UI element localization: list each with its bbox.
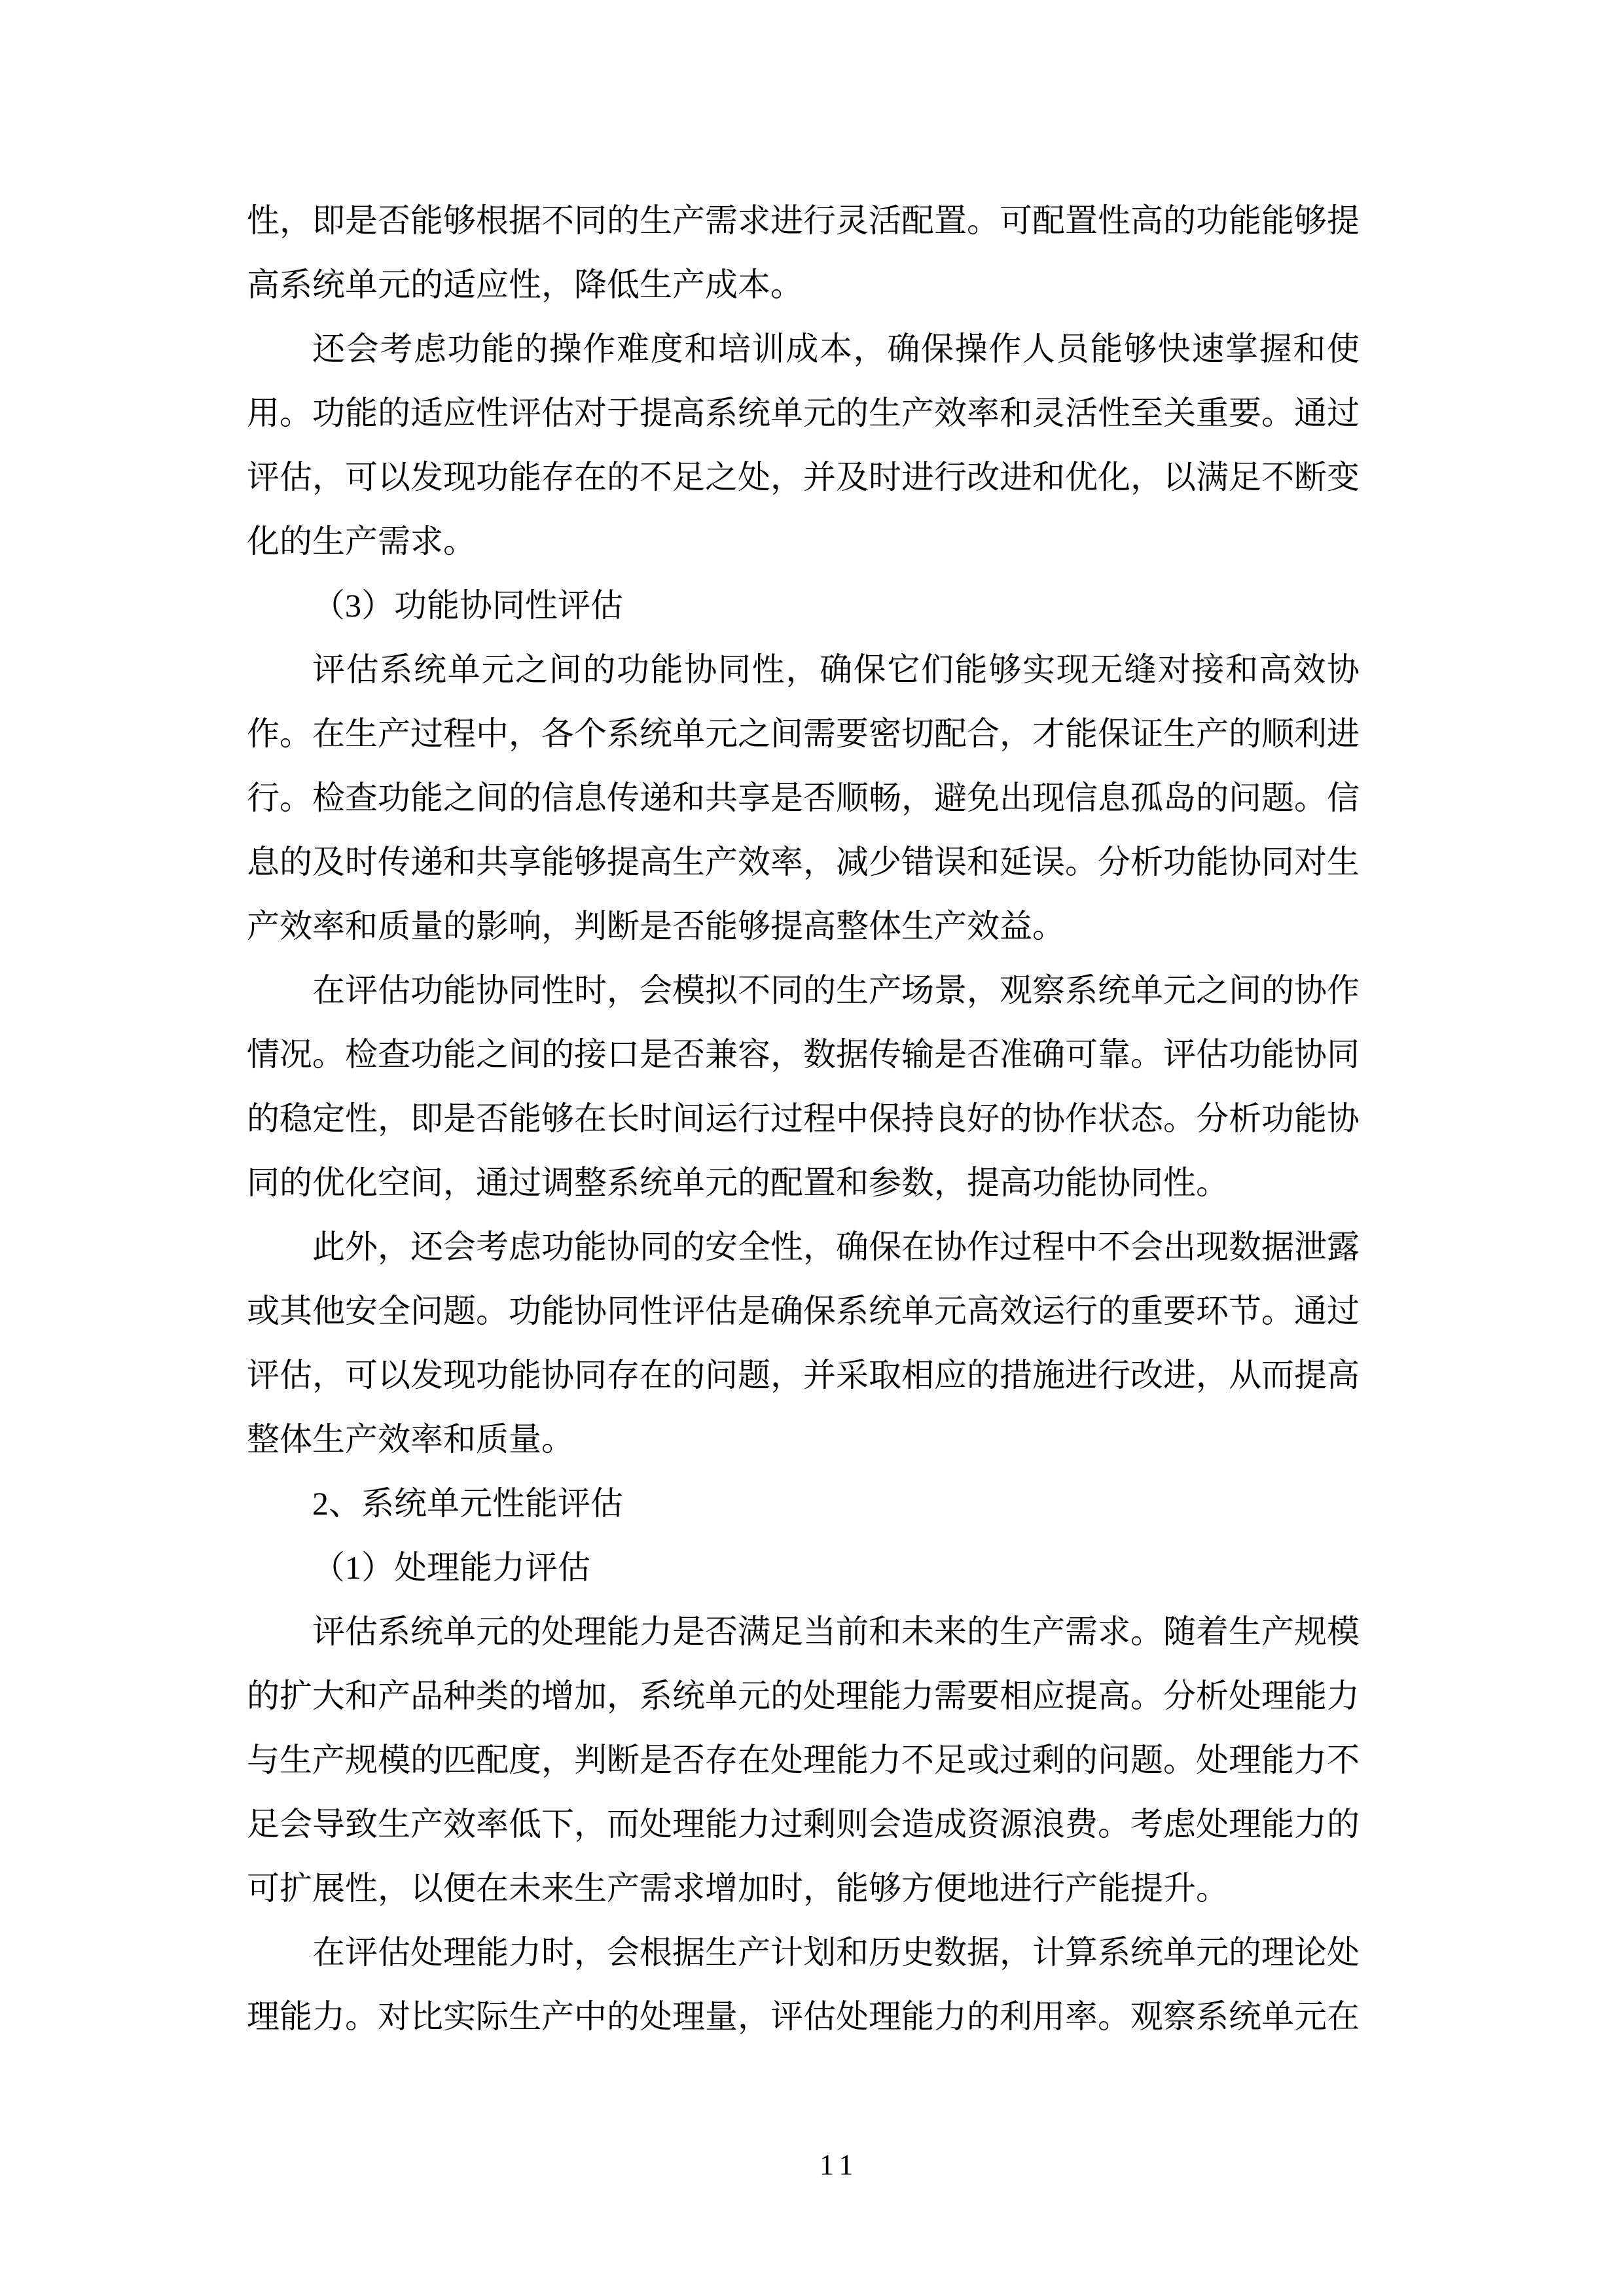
body-paragraph: 评估系统单元之间的功能协同性，确保它们能够实现无缝对接和高效协作。在生产过程中，… [247, 637, 1360, 958]
text-line: 性，即是否能够根据不同的生产需求进行灵活配置。可配置性高的功能能够提 [247, 188, 1360, 253]
text-line: 理能力。对比实际生产中的处理量，评估处理能力的利用率。观察系统单元在 [247, 1984, 1360, 2049]
heading-paragraph: 2、系统单元性能评估 [247, 1471, 1360, 1535]
text-line: 行。检查功能之间的信息传递和共享是否顺畅，避免出现信息孤岛的问题。信 [247, 766, 1360, 830]
heading-line: 2、系统单元性能评估 [247, 1471, 1360, 1535]
body-paragraph: 在评估功能协同性时，会模拟不同的生产场景，观察系统单元之间的协作情况。检查功能之… [247, 958, 1360, 1215]
text-line: 的稳定性，即是否能够在长时间运行过程中保持良好的协作状态。分析功能协 [247, 1086, 1360, 1151]
text-line: 息的及时传递和共享能够提高生产效率，减少错误和延误。分析功能协同对生 [247, 830, 1360, 894]
text-line: 在评估处理能力时，会根据生产计划和历史数据，计算系统单元的理论处 [247, 1920, 1360, 1984]
text-line: 产效率和质量的影响，判断是否能够提高整体生产效益。 [247, 894, 1360, 958]
heading-paragraph: （1）处理能力评估 [247, 1535, 1360, 1600]
body-paragraph: 此外，还会考虑功能协同的安全性，确保在协作过程中不会出现数据泄露或其他安全问题。… [247, 1215, 1360, 1471]
document-page: 性，即是否能够根据不同的生产需求进行灵活配置。可配置性高的功能能够提高系统单元的… [0, 0, 1624, 2296]
text-line: 与生产规模的匹配度，判断是否存在处理能力不足或过剩的问题。处理能力不 [247, 1728, 1360, 1792]
text-line: 整体生产效率和质量。 [247, 1407, 1360, 1471]
text-line: 情况。检查功能之间的接口是否兼容，数据传输是否准确可靠。评估功能协同 [247, 1022, 1360, 1086]
text-line: 足会导致生产效率低下，而处理能力过剩则会造成资源浪费。考虑处理能力的 [247, 1792, 1360, 1856]
text-line: 化的生产需求。 [247, 509, 1360, 573]
heading-line: （3）功能协同性评估 [247, 573, 1360, 637]
text-line: 评估系统单元之间的功能协同性，确保它们能够实现无缝对接和高效协 [247, 637, 1360, 702]
heading-paragraph: （3）功能协同性评估 [247, 573, 1360, 637]
heading-line: （1）处理能力评估 [247, 1535, 1360, 1600]
text-line: 用。功能的适应性评估对于提高系统单元的生产效率和灵活性至关重要。通过 [247, 381, 1360, 445]
text-line: 同的优化空间，通过调整系统单元的配置和参数，提高功能协同性。 [247, 1151, 1360, 1215]
body-paragraph: 性，即是否能够根据不同的生产需求进行灵活配置。可配置性高的功能能够提高系统单元的… [247, 188, 1360, 317]
text-line: 还会考虑功能的操作难度和培训成本，确保操作人员能够快速掌握和使 [247, 317, 1360, 381]
text-line: 在评估功能协同性时，会模拟不同的生产场景，观察系统单元之间的协作 [247, 958, 1360, 1022]
text-line: 可扩展性，以便在未来生产需求增加时，能够方便地进行产能提升。 [247, 1856, 1360, 1920]
text-line: 此外，还会考虑功能协同的安全性，确保在协作过程中不会出现数据泄露 [247, 1215, 1360, 1279]
body-paragraph: 评估系统单元的处理能力是否满足当前和未来的生产需求。随着生产规模的扩大和产品种类… [247, 1600, 1360, 1920]
text-line: 评估系统单元的处理能力是否满足当前和未来的生产需求。随着生产规模 [247, 1600, 1360, 1664]
text-line: 评估，可以发现功能存在的不足之处，并及时进行改进和优化，以满足不断变 [247, 445, 1360, 509]
text-line: 或其他安全问题。功能协同性评估是确保系统单元高效运行的重要环节。通过 [247, 1279, 1360, 1343]
body-paragraph: 在评估处理能力时，会根据生产计划和历史数据，计算系统单元的理论处理能力。对比实际… [247, 1920, 1360, 2049]
text-line: 作。在生产过程中，各个系统单元之间需要密切配合，才能保证生产的顺利进 [247, 702, 1360, 766]
text-line: 的扩大和产品种类的增加，系统单元的处理能力需要相应提高。分析处理能力 [247, 1664, 1360, 1728]
page-number: 11 [820, 2148, 859, 2182]
text-line: 高系统单元的适应性，降低生产成本。 [247, 253, 1360, 317]
body-paragraph: 还会考虑功能的操作难度和培训成本，确保操作人员能够快速掌握和使用。功能的适应性评… [247, 317, 1360, 573]
text-line: 评估，可以发现功能协同存在的问题，并采取相应的措施进行改进，从而提高 [247, 1343, 1360, 1407]
document-body: 性，即是否能够根据不同的生产需求进行灵活配置。可配置性高的功能能够提高系统单元的… [247, 188, 1360, 2049]
